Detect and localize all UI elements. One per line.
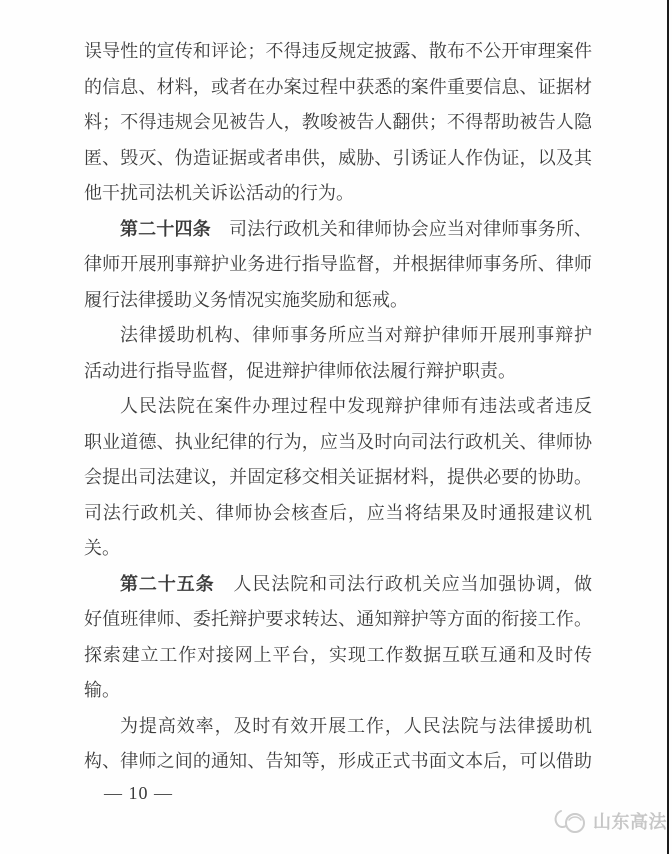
article-number: 第二十五条 <box>120 574 215 594</box>
text-line: 履行法律援助义务情况实施奖励和惩戒。 <box>84 283 592 319</box>
text-line: 料；不得违规会见被告人，教唆被告人翻供；不得帮助被告人隐 <box>84 105 592 141</box>
text-line: 第二十五条 人民法院和司法行政机关应当加强协调，做 <box>84 567 592 603</box>
text-line: 的信息、材料，或者在办案过程中获悉的案件重要信息、证据材 <box>84 70 592 106</box>
text-line: 他干扰司法机关诉讼活动的行为。 <box>84 176 592 212</box>
shandong-gaofa-logo-icon <box>552 806 588 836</box>
text-line: 司法行政机关、律师协会核查后，应当将结果及时通报建议机 <box>84 496 592 532</box>
document-body: 误导性的宣传和评论；不得违反规定披露、散布不公开审理案件的信息、材料，或者在办案… <box>84 34 592 780</box>
page-number: — 10 — <box>104 783 173 804</box>
page-right-border <box>667 0 669 854</box>
text-line: 探索建立工作对接网上平台，实现工作数据互联互通和及时传 <box>84 638 592 674</box>
text-line: 律师开展刑事辩护业务进行指导监督，并根据律师事务所、律师 <box>84 247 592 283</box>
article-number: 第二十四条 <box>120 219 211 239</box>
text-line: 误导性的宣传和评论；不得违反规定披露、散布不公开审理案件 <box>84 34 592 70</box>
text-line: 职业道德、执业纪律的行为，应当及时向司法行政机关、律师协 <box>84 425 592 461</box>
watermark-label: 山东高法 <box>593 808 667 834</box>
text-line: 关。 <box>84 531 592 567</box>
text-line: 匿、毁灭、伪造证据或者串供，威胁、引诱证人作伪证，以及其 <box>84 141 592 177</box>
text-line: 第二十四条 司法行政机关和律师协会应当对律师事务所、 <box>84 212 592 248</box>
text-line: 活动进行指导监督，促进辩护律师依法履行辩护职责。 <box>84 354 592 390</box>
text-line: 人民法院在案件办理过程中发现辩护律师有违法或者违反 <box>84 389 592 425</box>
document-page: 误导性的宣传和评论；不得违反规定披露、散布不公开审理案件的信息、材料，或者在办案… <box>0 0 672 854</box>
text-line: 构、律师之间的通知、告知等，形成正式书面文本后，可以借助 <box>84 744 592 780</box>
text-line: 为提高效率，及时有效开展工作，人民法院与法律援助机 <box>84 709 592 745</box>
text-line: 法律援助机构、律师事务所应当对辩护律师开展刑事辩护 <box>84 318 592 354</box>
watermark: 山东高法 <box>552 806 667 836</box>
text-line: 好值班律师、委托辩护要求转达、通知辩护等方面的衔接工作。 <box>84 602 592 638</box>
text-line: 输。 <box>84 673 592 709</box>
text-line: 会提出司法建议，并固定移交相关证据材料，提供必要的协助。 <box>84 460 592 496</box>
